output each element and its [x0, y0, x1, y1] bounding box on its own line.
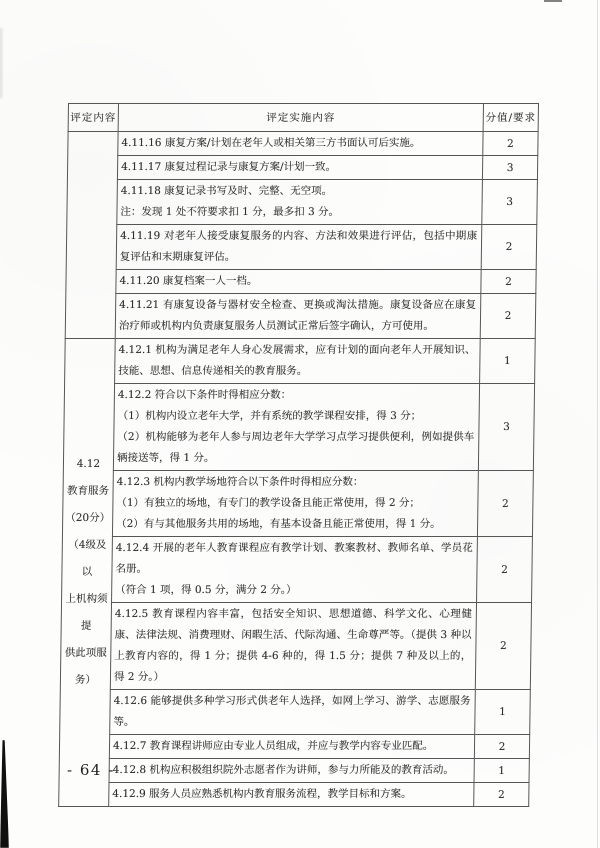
score-4-12-4: 2 [477, 537, 533, 603]
table-row: 4.11.21 有康复设备与器材安全检查、更换或淘汰措施。康复设备应在康复治疗师… [65, 294, 536, 339]
table-row: 4.12.9 服务人员应熟悉机构内教育服务流程，教学目标和方案。 2 [59, 783, 529, 807]
header-score-requirement: 分值/要求 [483, 104, 538, 132]
table-row: 4.12.8 机构应积极组织院外志愿者作为讲师，参与力所能及的教育活动。 1 [59, 759, 529, 783]
table-row: 4.12.6 能够提供多种学习形式供老年人选择，如网上学习、游学、志愿服务等。 … [60, 690, 531, 735]
score-4-12-3: 2 [477, 471, 533, 537]
criterion-4-12-9: 4.12.9 服务人员应熟悉机构内教育服务流程，教学目标和方案。 [109, 783, 474, 807]
criterion-4-12-7: 4.12.7 教育课程讲师应由专业人员组成，并应与教学内容专业匹配。 [109, 735, 474, 759]
criterion-4-12-6: 4.12.6 能够提供多种学习形式供老年人选择，如网上学习、游学、志愿服务等。 [110, 690, 476, 735]
score-4-11-20: 2 [481, 270, 536, 294]
header-eval-content: 评定内容 [68, 104, 118, 132]
header-row: 评定内容 评定实施内容 分值/要求 [68, 104, 538, 132]
section-label-4-12: 4.12 教育服务 （20分） （4级及以 上机构须提 供此项服 务） [59, 339, 116, 807]
header-implementation-content: 评定实施内容 [118, 104, 483, 132]
criterion-4-11-21: 4.11.21 有康复设备与器材安全检查、更换或淘汰措施。康复设备应在康复治疗师… [115, 294, 481, 339]
criterion-4-12-1: 4.12.1 机构为满足老年人身心发展需求，应有计划的面向老年人开展知识、技能、… [115, 339, 481, 384]
table-row: 4.12 教育服务 （20分） （4级及以 上机构须提 供此项服 务） 4.12… [65, 339, 536, 384]
criterion-4-12-4: 4.12.4 开展的老年人教育课程应有教学计划、教案教材、教师名单、学员花名册。… [112, 537, 478, 603]
table-row: 4.11.19 对老年人接受康复服务的内容、方法和效果进行评估，包括中期康复评估… [66, 225, 537, 270]
score-4-12-8: 1 [474, 759, 529, 783]
table-row: 4.11.20 康复档案一人一档。 2 [66, 270, 536, 294]
table-row: 4.12.2 符合以下条件时得相应分数： （1）机构内设立老年大学，并有系统的教… [63, 384, 534, 471]
table-row: 4.11.16 康复方案/计划在老年人或相关第三方书面认可后实施。 2 [68, 132, 538, 156]
table-row: 4.12.7 教育课程讲师应由专业人员组成，并应与教学内容专业匹配。 2 [59, 735, 529, 759]
scanned-page: { "page": { "number": "- 64 -" }, "table… [0, 0, 600, 848]
score-4-12-5: 2 [475, 603, 531, 690]
table-scan-region: 评定内容 评定实施内容 分值/要求 4.11.16 康复方案/计划在老年人或相关… [58, 103, 538, 807]
evaluation-table: 评定内容 评定实施内容 分值/要求 4.11.16 康复方案/计划在老年人或相关… [58, 103, 539, 807]
criterion-4-12-5: 4.12.5 教育课程内容丰富，包括安全知识、思想道德、科学文化、心理健康、法律… [110, 603, 476, 690]
section-label-4-11 [65, 132, 118, 339]
score-4-12-9: 2 [474, 783, 529, 807]
criterion-4-11-20: 4.11.20 康复档案一人一档。 [116, 270, 481, 294]
score-4-11-18: 3 [482, 180, 538, 225]
table-row: 4.12.3 机构内教学场地符合以下条件时得相应分数： （1）有独立的场地，有专… [62, 471, 533, 537]
criterion-4-11-16: 4.11.16 康复方案/计划在老年人或相关第三方书面认可后实施。 [118, 132, 483, 156]
scan-artifact-top-mark [544, 0, 562, 2]
criterion-4-12-8: 4.12.8 机构应积极组织院外志愿者作为讲师，参与力所能及的教育活动。 [109, 759, 474, 783]
table-row: 4.11.18 康复记录书写及时、完整、无空项。 注：发现 1 处不符要求扣 1… [67, 180, 538, 225]
scan-artifact-right-edge [597, 0, 598, 848]
score-4-11-16: 2 [483, 132, 538, 156]
criterion-4-12-2: 4.12.2 符合以下条件时得相应分数： （1）机构内设立老年大学，并有系统的教… [113, 384, 479, 471]
criterion-4-11-18: 4.11.18 康复记录书写及时、完整、无空项。 注：发现 1 处不符要求扣 1… [117, 180, 483, 225]
score-4-12-7: 2 [474, 735, 529, 759]
table-row: 4.12.5 教育课程内容丰富，包括安全知识、思想道德、科学文化、心理健康、法律… [60, 603, 531, 690]
criterion-4-12-3: 4.12.3 机构内教学场地符合以下条件时得相应分数： （1）有独立的场地，有专… [112, 471, 478, 537]
criterion-4-11-17: 4.11.17 康复过程记录与康复方案/计划一致。 [117, 156, 482, 180]
score-4-12-2: 3 [478, 384, 534, 471]
page-number: - 64 - [67, 761, 115, 779]
table-row: 4.12.4 开展的老年人教育课程应有教学计划、教案教材、教师名单、学员花名册。… [62, 537, 533, 603]
score-4-11-17: 3 [482, 156, 537, 180]
score-4-12-1: 1 [480, 339, 536, 384]
scan-artifact-left-smudge [0, 28, 2, 98]
criterion-4-11-19: 4.11.19 对老年人接受康复服务的内容、方法和效果进行评估，包括中期康复评估… [116, 225, 482, 270]
scan-artifact-corner-wedge [0, 740, 9, 848]
table-row: 4.11.17 康复过程记录与康复方案/计划一致。 3 [67, 156, 537, 180]
score-4-12-6: 1 [475, 690, 531, 735]
score-4-11-21: 2 [480, 294, 536, 339]
score-4-11-19: 2 [481, 225, 537, 270]
